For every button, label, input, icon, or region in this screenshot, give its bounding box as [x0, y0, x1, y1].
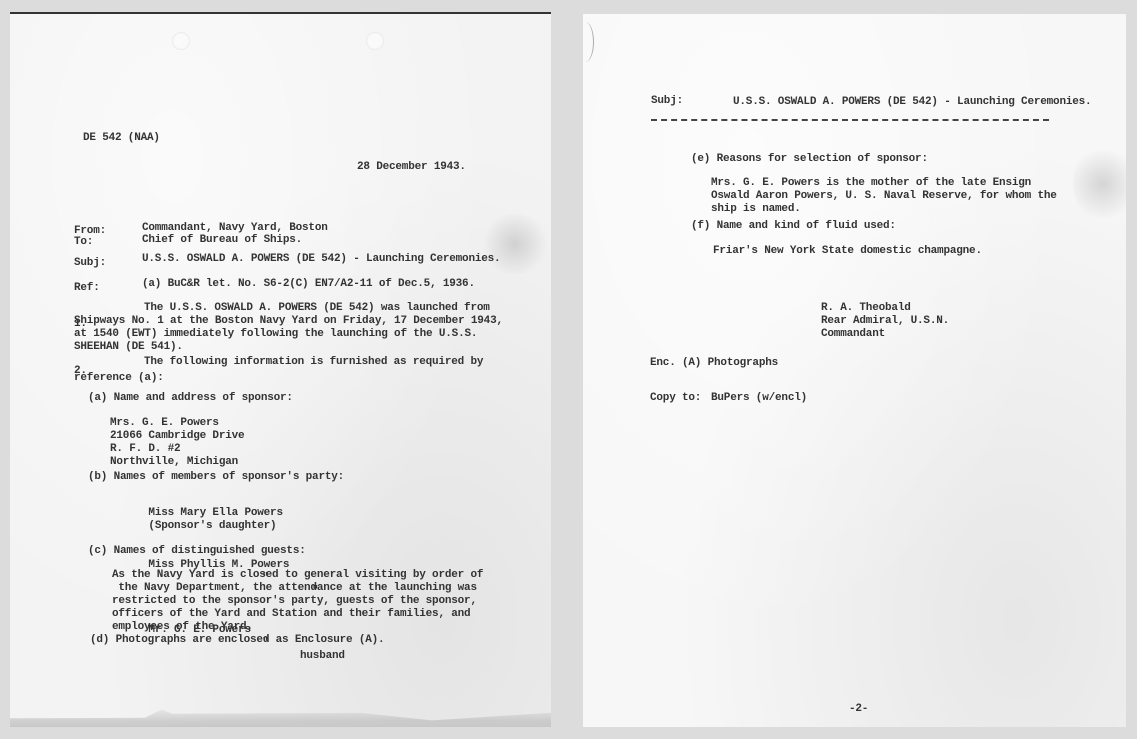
punch-hole — [366, 32, 384, 50]
to-value: Chief of Bureau of Ships. — [142, 234, 302, 247]
subject-value: U.S.S. OSWALD A. POWERS (DE 542) - Launc… — [142, 253, 500, 266]
signature-block: R. A. Theobald Rear Admiral, U.S.N. Comm… — [821, 302, 949, 341]
fluid-used: Friar's New York State domestic champagn… — [713, 245, 982, 258]
paragraph-line: employees of the Yard. — [112, 621, 483, 634]
copy-to-value: BuPers (w/encl) — [711, 392, 807, 405]
punch-hole — [583, 22, 594, 62]
item-f-heading: (f) Name and kind of fluid used: — [691, 220, 896, 233]
party-member-relation: (Sponsor's daughter) — [148, 520, 276, 532]
subject-label: Subj: — [651, 95, 683, 108]
paragraph-line: restricted to the sponsor's party, guest… — [112, 595, 483, 608]
paragraph-line: reference (a): — [74, 372, 483, 385]
punch-hole — [172, 32, 190, 50]
paragraph-line: The following information is furnished a… — [74, 356, 483, 369]
party-member-relation: husband — [300, 650, 345, 663]
to-label: To: — [74, 236, 93, 249]
paragraph-1: The U.S.S. OSWALD A. POWERS (DE 542) was… — [74, 302, 503, 354]
torn-bottom-edge — [10, 705, 551, 727]
reference-label: Ref: — [74, 282, 100, 295]
signer-rank: Rear Admiral, U.S.N. — [821, 315, 949, 328]
paragraph-2: The following information is furnished a… — [74, 356, 483, 385]
item-e-heading: (e) Reasons for selection of sponsor: — [691, 153, 928, 166]
enclosure-note: Enc. (A) Photographs — [650, 357, 778, 370]
item-d-text: (d) Photographs are enclosed as Enclosur… — [90, 634, 384, 647]
paragraph-line: Mrs. G. E. Powers is the mother of the l… — [711, 177, 1057, 190]
paragraph-line: officers of the Yard and Station and the… — [112, 608, 483, 621]
party-member-name: Miss Mary Ella Powers — [148, 507, 282, 519]
paragraph-line: SHEEHAN (DE 541). — [74, 341, 503, 354]
address-line: Mrs. G. E. Powers — [110, 417, 244, 430]
paragraph-line: ship is named. — [711, 203, 1057, 216]
paragraph-line: The U.S.S. OSWALD A. POWERS (DE 542) was… — [74, 302, 503, 315]
sponsor-address: Mrs. G. E. Powers 21066 Cambridge Drive … — [110, 417, 244, 469]
signer-title: Commandant — [821, 328, 949, 341]
address-line: R. F. D. #2 — [110, 443, 244, 456]
paragraph-line: Oswald Aaron Powers, U. S. Naval Reserve… — [711, 190, 1057, 203]
subject-value: U.S.S. OSWALD A. POWERS (DE 542) - Launc… — [733, 96, 1091, 109]
document-page-2: Subj: U.S.S. OSWALD A. POWERS (DE 542) -… — [583, 14, 1126, 727]
item-a-heading: (a) Name and address of sponsor: — [88, 392, 293, 405]
item-c-heading: (c) Names of distinguished guests: — [88, 545, 306, 558]
guests-paragraph: As the Navy Yard is closed to general vi… — [112, 569, 483, 634]
signer-name: R. A. Theobald — [821, 302, 949, 315]
subject-label: Subj: — [74, 257, 106, 270]
letter-date: 28 December 1943. — [357, 161, 466, 174]
document-page-1: DE 542 (NAA) 28 December 1943. From: Com… — [10, 12, 551, 727]
party-member-row: Miss Mary Ella Powers (Sponsor's daughte… — [110, 494, 289, 546]
address-line: Northville, Michigan — [110, 456, 244, 469]
sponsor-reason: Mrs. G. E. Powers is the mother of the l… — [711, 177, 1057, 216]
address-line: 21066 Cambridge Drive — [110, 430, 244, 443]
copy-to-label: Copy to: — [650, 392, 701, 405]
paragraph-line: at 1540 (EWT) immediately following the … — [74, 328, 503, 341]
paragraph-line: As the Navy Yard is closed to general vi… — [112, 569, 483, 582]
paragraph-line: Shipways No. 1 at the Boston Navy Yard o… — [74, 315, 503, 328]
paper-stain — [1073, 144, 1126, 224]
paragraph-line: the Navy Department, the attendance at t… — [112, 582, 483, 595]
page-number: -2- — [849, 703, 868, 716]
reference-value: (a) BuC&R let. No. S6-2(C) EN7/A2-11 of … — [142, 278, 475, 291]
file-code: DE 542 (NAA) — [83, 132, 160, 145]
item-b-heading: (b) Names of members of sponsor's party: — [88, 471, 344, 484]
dashed-rule — [651, 119, 1049, 121]
